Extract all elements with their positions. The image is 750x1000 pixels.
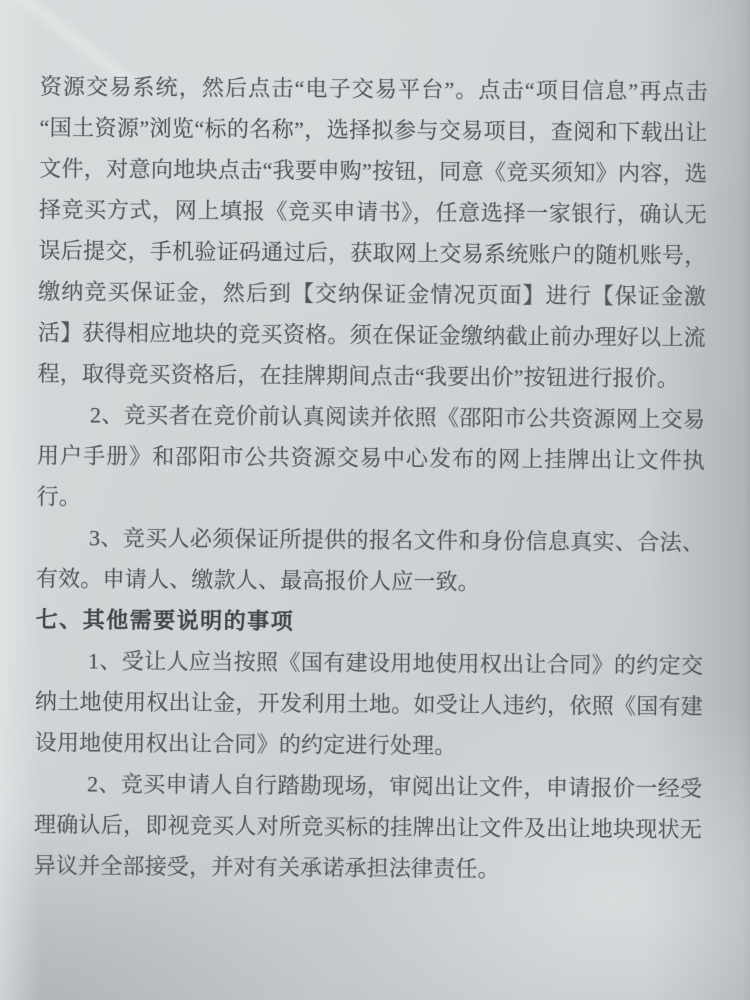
document-page: 资源交易系统，然后点击“电子交易平台”。点击“项目信息”再点击“国土资源”浏览“… [34, 66, 708, 891]
paragraph-bidding-procedure: 资源交易系统，然后点击“电子交易平台”。点击“项目信息”再点击“国土资源”浏览“… [37, 66, 708, 399]
document-photo: 资源交易系统，然后点击“电子交易平台”。点击“项目信息”再点击“国土资源”浏览“… [0, 0, 750, 1000]
paragraph-item-2-site-inspection: 2、竞买申请人自行踏勘现场，审阅出让文件，申请报价一经受理确认后，即视竞买人对所… [34, 763, 703, 891]
paragraph-item-2-read-rules: 2、竞买者在竞价前认真阅读并依照《邵阳市公共资源网上交易用户手册》和邵阳市公共资… [36, 394, 705, 522]
paragraph-item-3-truthful-info: 3、竞买人必须保证所提供的报名文件和身份信息真实、合法、有效。申请人、缴款人、最… [36, 517, 705, 604]
paragraph-item-1-contract-obligations: 1、受让人应当按照《国有建设用地使用权出让合同》的约定交纳土地使用权出让金，开发… [35, 640, 704, 768]
section-heading-seven: 七、其他需要说明的事项 [35, 599, 703, 645]
